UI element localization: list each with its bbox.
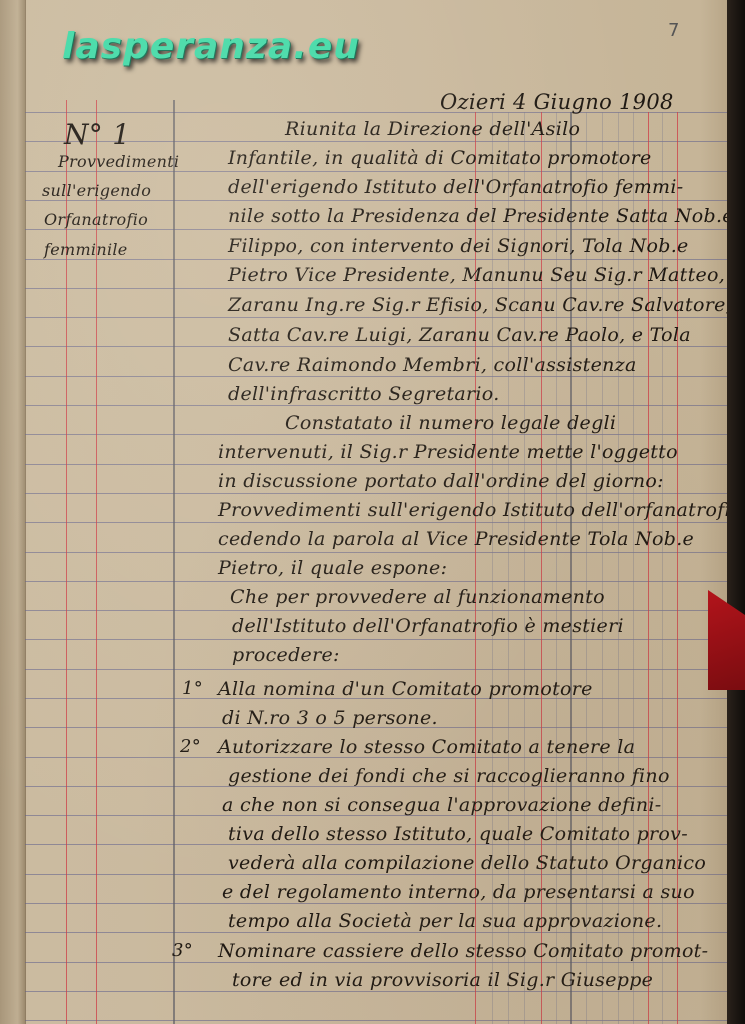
minutes-line: Riunita la Direzione dell'Asilo [285,118,580,140]
ruled-line [25,639,727,640]
margin-title-line: Orfanatrofio [44,210,148,229]
minutes-line: procedere: [232,644,340,666]
margin-title-line: sull'erigendo [42,181,151,200]
minutes-line: Pietro Vice Presidente, Manunu Seu Sig.r… [228,264,725,286]
entry-number: N° 1 [64,118,130,151]
margin-red-rule-1 [66,100,67,1024]
minutes-line: Cav.re Raimondo Membri, coll'assistenza [228,354,637,376]
ruled-line [25,200,727,201]
ruled-line [25,346,727,347]
margin-red-rule-2 [96,100,97,1024]
page-number: 7 [668,20,679,41]
minutes-line: Alla nomina d'un Comitato promotore [218,678,593,700]
minutes-line: tempo alla Società per la sua approvazio… [228,910,662,932]
minutes-line: a che non si consegua l'approvazione def… [222,794,661,816]
minutes-line: e del regolamento interno, da presentars… [222,881,695,903]
ruled-line [25,903,727,904]
ruled-line [25,874,727,875]
ruled-line [25,171,727,172]
item-number: 1° [182,678,203,699]
item-number: 3° [172,940,193,961]
minutes-line: Che per provvedere al funzionamento [230,586,605,608]
minutes-line: gestione dei fondi che si raccoglieranno… [228,765,670,787]
item-number: 2° [180,736,201,757]
minutes-line: tore ed in via provvisoria il Sig.r Gius… [232,969,653,991]
minutes-line: Pietro, il quale espone: [218,557,447,579]
minutes-line: Autorizzare lo stesso Comitato a tenere … [218,736,635,758]
ledger-page: lasperanza.eu 7 N° 1 Provvedimenti sull'… [0,0,727,1024]
ruled-line [25,229,727,230]
page-binding-edge [0,0,26,1024]
minutes-line: cedendo la parola al Vice Presidente Tol… [218,528,694,550]
ruled-line [25,317,727,318]
book-cover-edge [727,0,745,1024]
ruled-line [25,493,727,494]
ruled-line [25,288,727,289]
ruled-line [25,669,727,670]
ruled-line [25,259,727,260]
ruled-line [25,464,727,465]
ruled-line [25,376,727,377]
minutes-line: intervenuti, il Sig.r Presidente mette l… [218,441,678,463]
minutes-line: dell'infrascritto Segretario. [228,383,500,405]
minutes-line: Filippo, con intervento dei Signori, Tol… [228,235,689,257]
minutes-line: Constatato il numero legale degli [285,412,616,434]
ruled-line [25,552,727,553]
minutes-line: Zaranu Ing.re Sig.r Efisio, Scanu Cav.re… [228,294,727,316]
ruled-line [25,522,727,523]
minutes-line: Satta Cav.re Luigi, Zaranu Cav.re Paolo,… [228,324,691,346]
ruled-line [25,932,727,933]
ruled-line [25,581,727,582]
minutes-line: nile sotto la Presidenza del Presidente … [228,205,727,227]
minutes-line: vederà alla compilazione dello Statuto O… [228,852,706,874]
minutes-line: dell'erigendo Istituto dell'Orfanatrofio… [228,176,683,198]
minutes-line: tiva dello stesso Istituto, quale Comita… [228,823,688,845]
margin-divider-rule [173,100,175,1024]
minutes-line: Nominare cassiere dello stesso Comitato … [218,940,708,962]
minutes-line: Provvedimenti sull'erigendo Istituto del… [218,499,727,521]
ruled-line [25,991,727,992]
minutes-line: Infantile, in qualità di Comitato promot… [228,147,652,169]
minutes-line: di N.ro 3 o 5 persone. [222,707,438,729]
ruled-line [25,405,727,406]
ruled-line [25,962,727,963]
ruled-line [25,610,727,611]
minutes-line: dell'Istituto dell'Orfanatrofio è mestie… [232,615,624,637]
ruled-line [25,434,727,435]
place-date: Ozieri 4 Giugno 1908 [440,90,674,114]
margin-title-line: femminile [44,240,128,259]
ruled-line [25,1020,727,1021]
minutes-line: in discussione portato dall'ordine del g… [218,470,664,492]
margin-title-line: Provvedimenti [58,152,179,171]
watermark-logo: lasperanza.eu [62,26,360,67]
